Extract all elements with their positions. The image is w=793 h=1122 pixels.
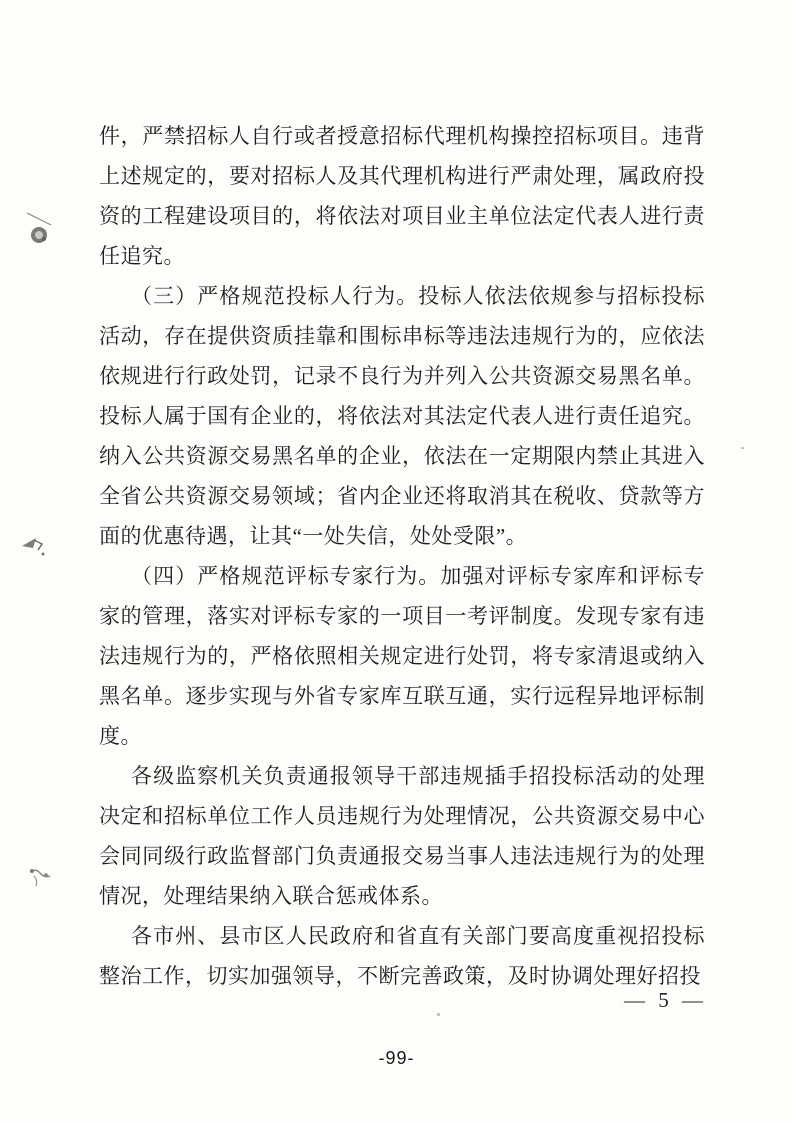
ink-smudge-icon — [20, 206, 60, 250]
paragraph-item-3: （三）严格规范投标人行为。投标人依法依规参与招标投标活动，存在提供资质挂靠和围标… — [99, 276, 705, 556]
page-number: — 5 — — [624, 988, 707, 1013]
scanned-document-page: 件，严禁招标人自行或者授意招标代理机构操控招标项目。违背上述规定的，要对招标人及… — [0, 0, 793, 1122]
paper-speck — [437, 1013, 440, 1016]
paper-speck — [741, 447, 744, 449]
footer-page-number: -99- — [0, 1048, 793, 1069]
paragraph-item-4: （四）严格规范评标专家行为。加强对评标专家库和评标专家的管理，落实对评标专家的一… — [99, 556, 705, 756]
paragraph-supervision: 各级监察机关负责通报领导干部违规插手招投标活动的处理决定和招标单位工作人员违规行… — [99, 756, 705, 916]
ink-smudge-icon — [24, 862, 60, 898]
ink-smudge-icon — [18, 534, 54, 564]
document-body: 件，严禁招标人自行或者授意招标代理机构操控招标项目。违背上述规定的，要对招标人及… — [99, 116, 705, 996]
paragraph-continuation: 件，严禁招标人自行或者授意招标代理机构操控招标项目。违背上述规定的，要对招标人及… — [99, 116, 705, 276]
paragraph-closing: 各市州、县市区人民政府和省直有关部门要高度重视招投标整治工作，切实加强领导，不断… — [99, 916, 705, 996]
